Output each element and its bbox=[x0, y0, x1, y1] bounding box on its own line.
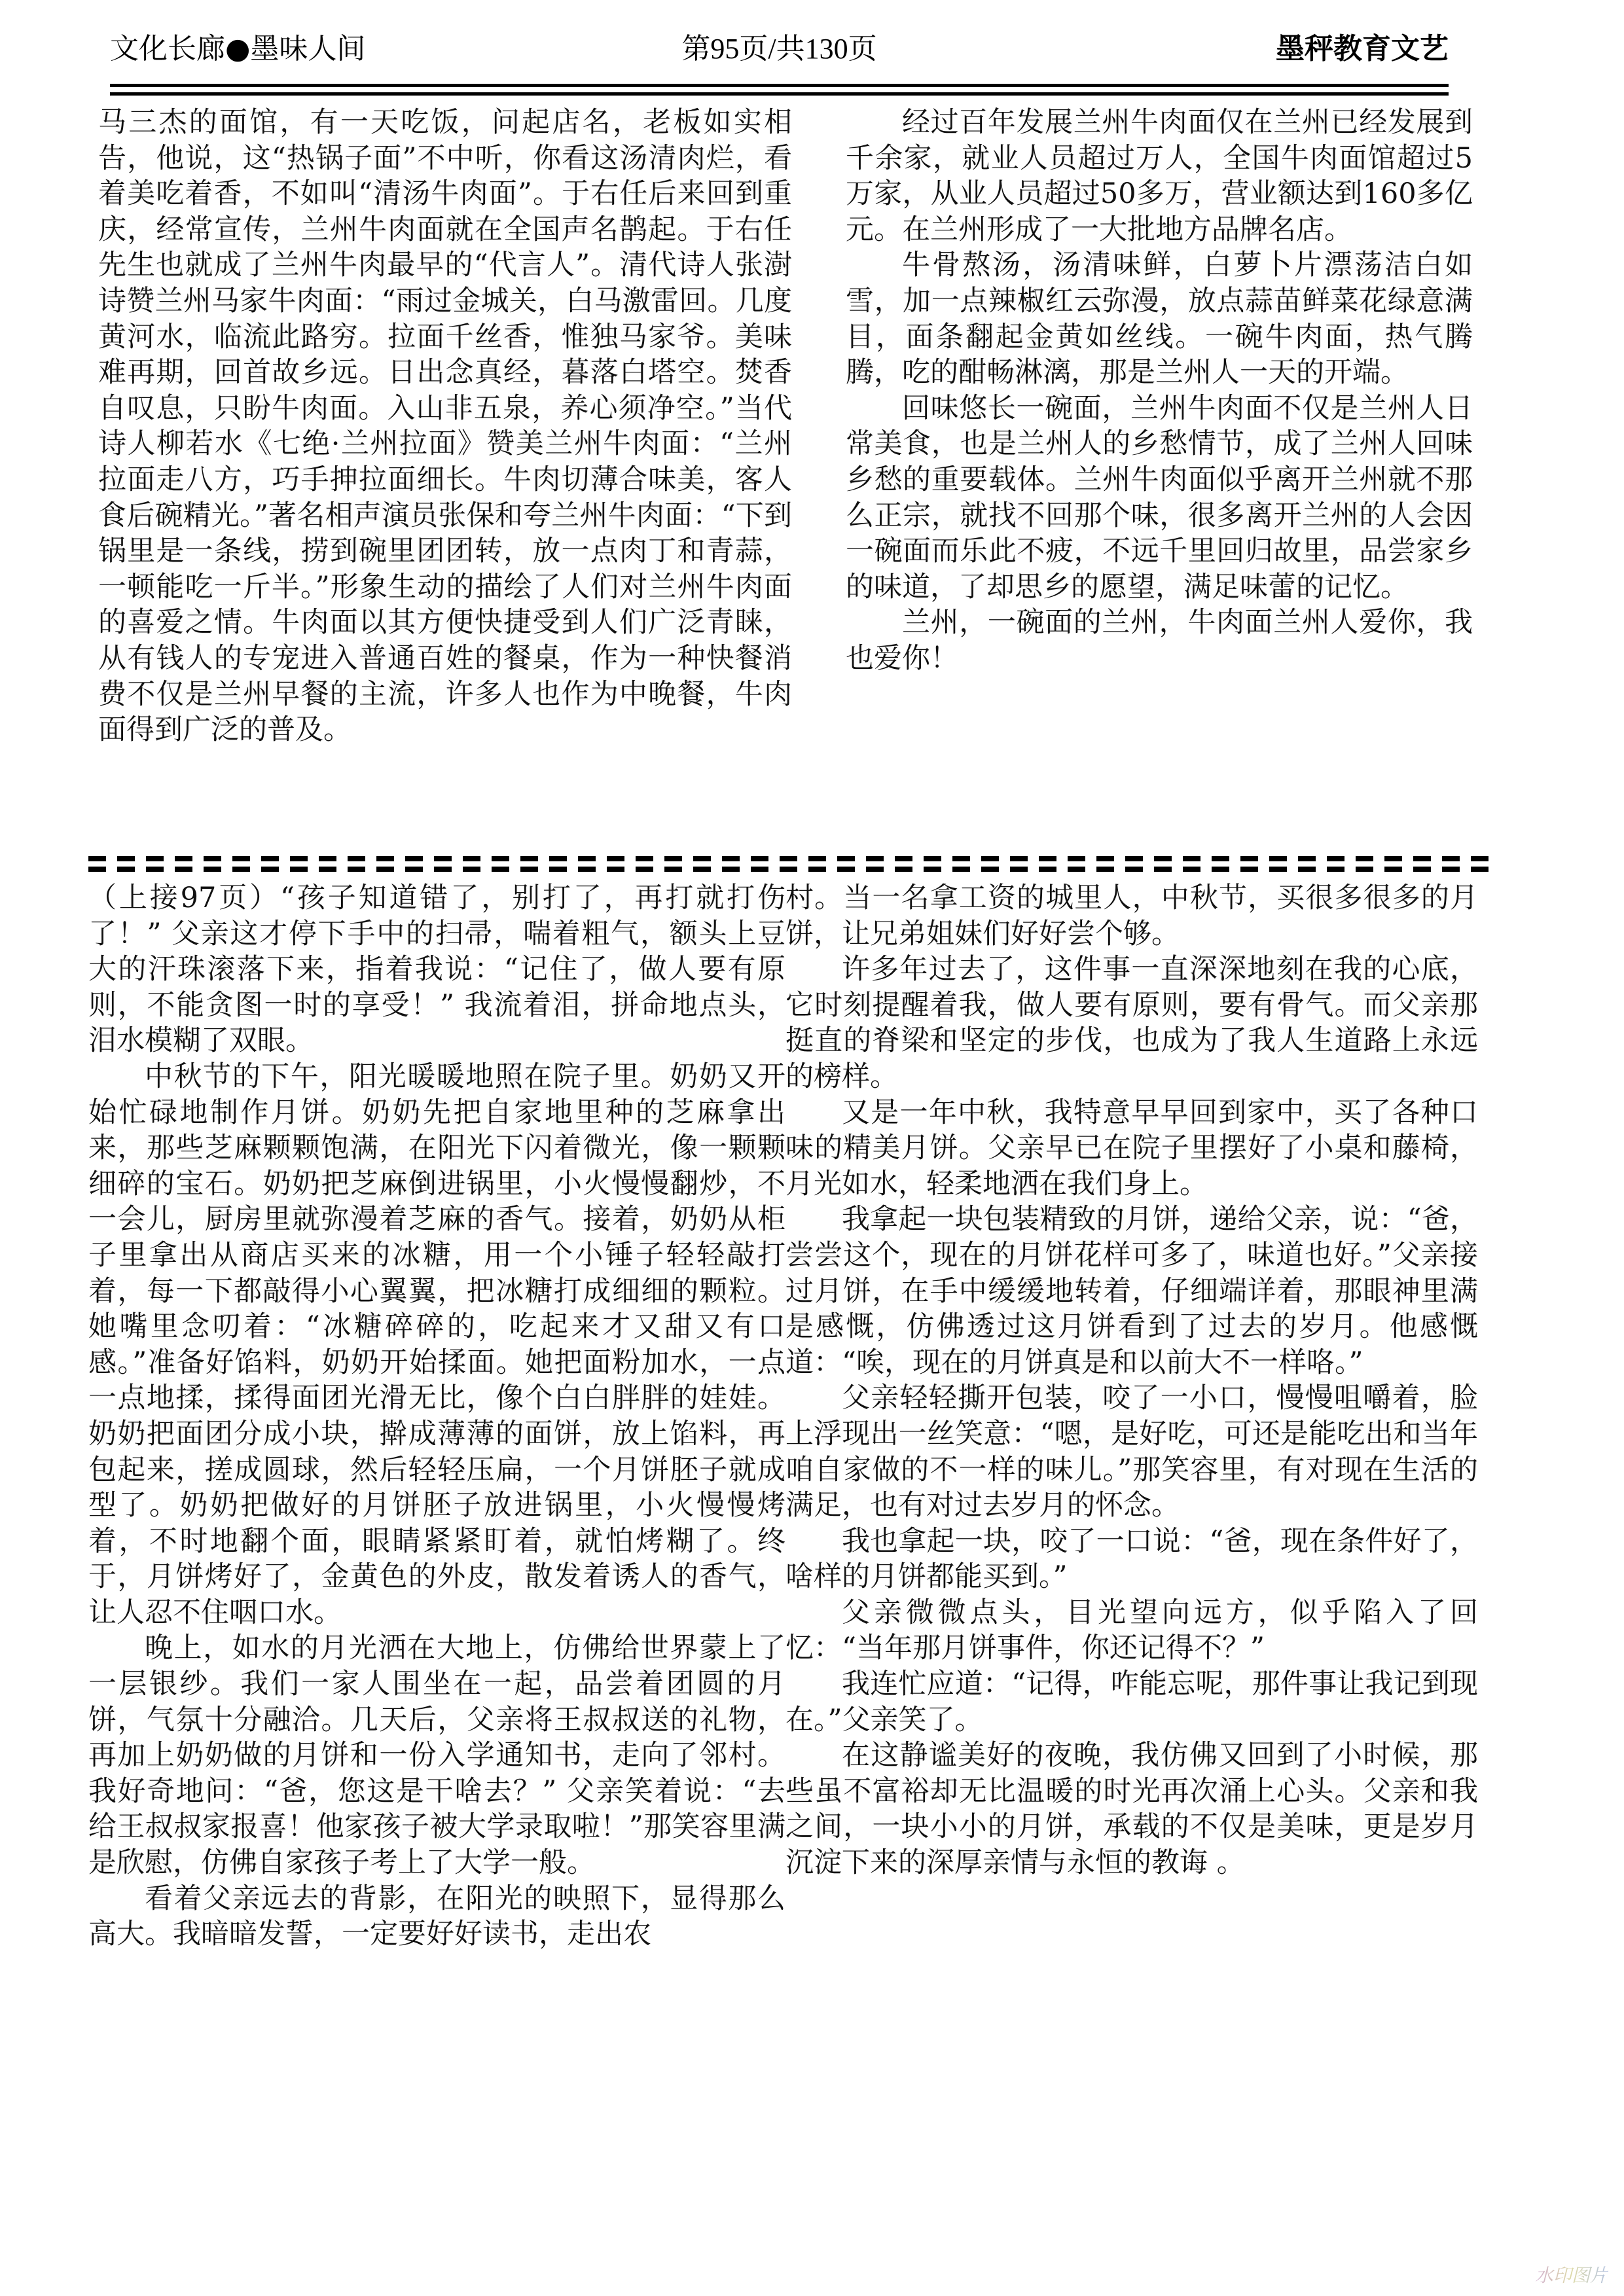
paragraph: 马三杰的面馆，有一天吃饭，问起店名，老板如实相告，他说，这“热锅子面”不中听，你… bbox=[98, 105, 792, 748]
paragraph: 父亲微微点头，目光望向远方，似乎陷入了回忆：“当年那月饼事件，你还记得不？” bbox=[785, 1595, 1478, 1666]
publication-name: 墨秤教育文艺 bbox=[1276, 26, 1449, 72]
paragraph: 中秋节的下午，阳光暖暖地照在院子里。奶奶又开始忙碌地制作月饼。奶奶先把自家地里种… bbox=[88, 1059, 785, 1631]
paragraph: 牛骨熬汤，汤清味鲜，白萝卜片漂荡洁白如雪，加一点辣椒红云弥漫，放点蒜苗鲜菜花绿意… bbox=[846, 247, 1473, 390]
section-divider-bottom bbox=[88, 867, 1496, 872]
lower-left-column: （上接97页）“孩子知道错了，别打了，再打就打伤了！” 父亲这才停下手中的扫帚，… bbox=[88, 880, 785, 1952]
paragraph: 我拿起一块包装精致的月饼，递给父亲，说：“爸，尝尝这个，现在的月饼花样可多了，味… bbox=[785, 1202, 1478, 1380]
paragraph: 又是一年中秋，我特意早早回到家中，买了各种口味的精美月饼。父亲早已在院子里摆好了… bbox=[785, 1095, 1478, 1202]
page-header: 文化长廊●墨味人间 第95页/共130页 墨秤教育文艺 bbox=[110, 26, 1449, 72]
section-title: 文化长廊●墨味人间 bbox=[110, 26, 365, 72]
header-rule-top bbox=[110, 84, 1449, 87]
section-divider-top bbox=[88, 856, 1496, 861]
paragraph: 父亲轻轻撕开包装，咬了一小口，慢慢咀嚼着，脸上浮现出一丝笑意：“嗯，是好吃，可还… bbox=[785, 1380, 1478, 1523]
paragraph: （上接97页）“孩子知道错了，别打了，再打就打伤了！” 父亲这才停下手中的扫帚，… bbox=[88, 880, 785, 1059]
paragraph: 在这静谧美好的夜晚，我仿佛又回到了小时候，那些虽不富裕却无比温暖的时光再次涌上心… bbox=[785, 1738, 1478, 1880]
paragraph: 回味悠长一碗面，兰州牛肉面不仅是兰州人日常美食，也是兰州人的乡愁情节，成了兰州人… bbox=[846, 391, 1473, 605]
paragraph: 我也拿起一块，咬了一口说：“爸，现在条件好了，啥样的月饼都能买到。” bbox=[785, 1524, 1478, 1595]
paragraph: 兰州，一碗面的兰州，牛肉面兰州人爱你，我也爱你！ bbox=[846, 605, 1473, 676]
paragraph: 村。当一名拿工资的城里人，中秋节，买很多很多的月饼，让兄弟姐妹们好好尝个够。 bbox=[785, 880, 1478, 952]
page-number: 第95页/共130页 bbox=[681, 26, 876, 72]
upper-right-column: 经过百年发展兰州牛肉面仅在兰州已经发展到千余家，就业人员超过万人，全国牛肉面馆超… bbox=[846, 105, 1473, 677]
watermark: 水印图片 bbox=[1535, 2261, 1608, 2287]
paragraph: 经过百年发展兰州牛肉面仅在兰州已经发展到千余家，就业人员超过万人，全国牛肉面馆超… bbox=[846, 105, 1473, 247]
header-rule-bottom bbox=[110, 92, 1449, 96]
lower-right-column: 村。当一名拿工资的城里人，中秋节，买很多很多的月饼，让兄弟姐妹们好好尝个够。 许… bbox=[785, 880, 1478, 1881]
paragraph: 看着父亲远去的背影，在阳光的映照下，显得那么高大。我暗暗发誓，一定要好好读书，走… bbox=[88, 1881, 785, 1952]
paragraph: 许多年过去了，这件事一直深深地刻在我的心底，它时刻提醒着我，做人要有原则，要有骨… bbox=[785, 952, 1478, 1094]
upper-left-column: 马三杰的面馆，有一天吃饭，问起店名，老板如实相告，他说，这“热锅子面”不中听，你… bbox=[98, 105, 792, 748]
paragraph: 我连忙应道：“记得，咋能忘呢，那件事让我记到现在。”父亲笑了。 bbox=[785, 1666, 1478, 1738]
paragraph: 晚上，如水的月光洒在大地上，仿佛给世界蒙上了一层银纱。我们一家人围坐在一起，品尝… bbox=[88, 1630, 785, 1880]
